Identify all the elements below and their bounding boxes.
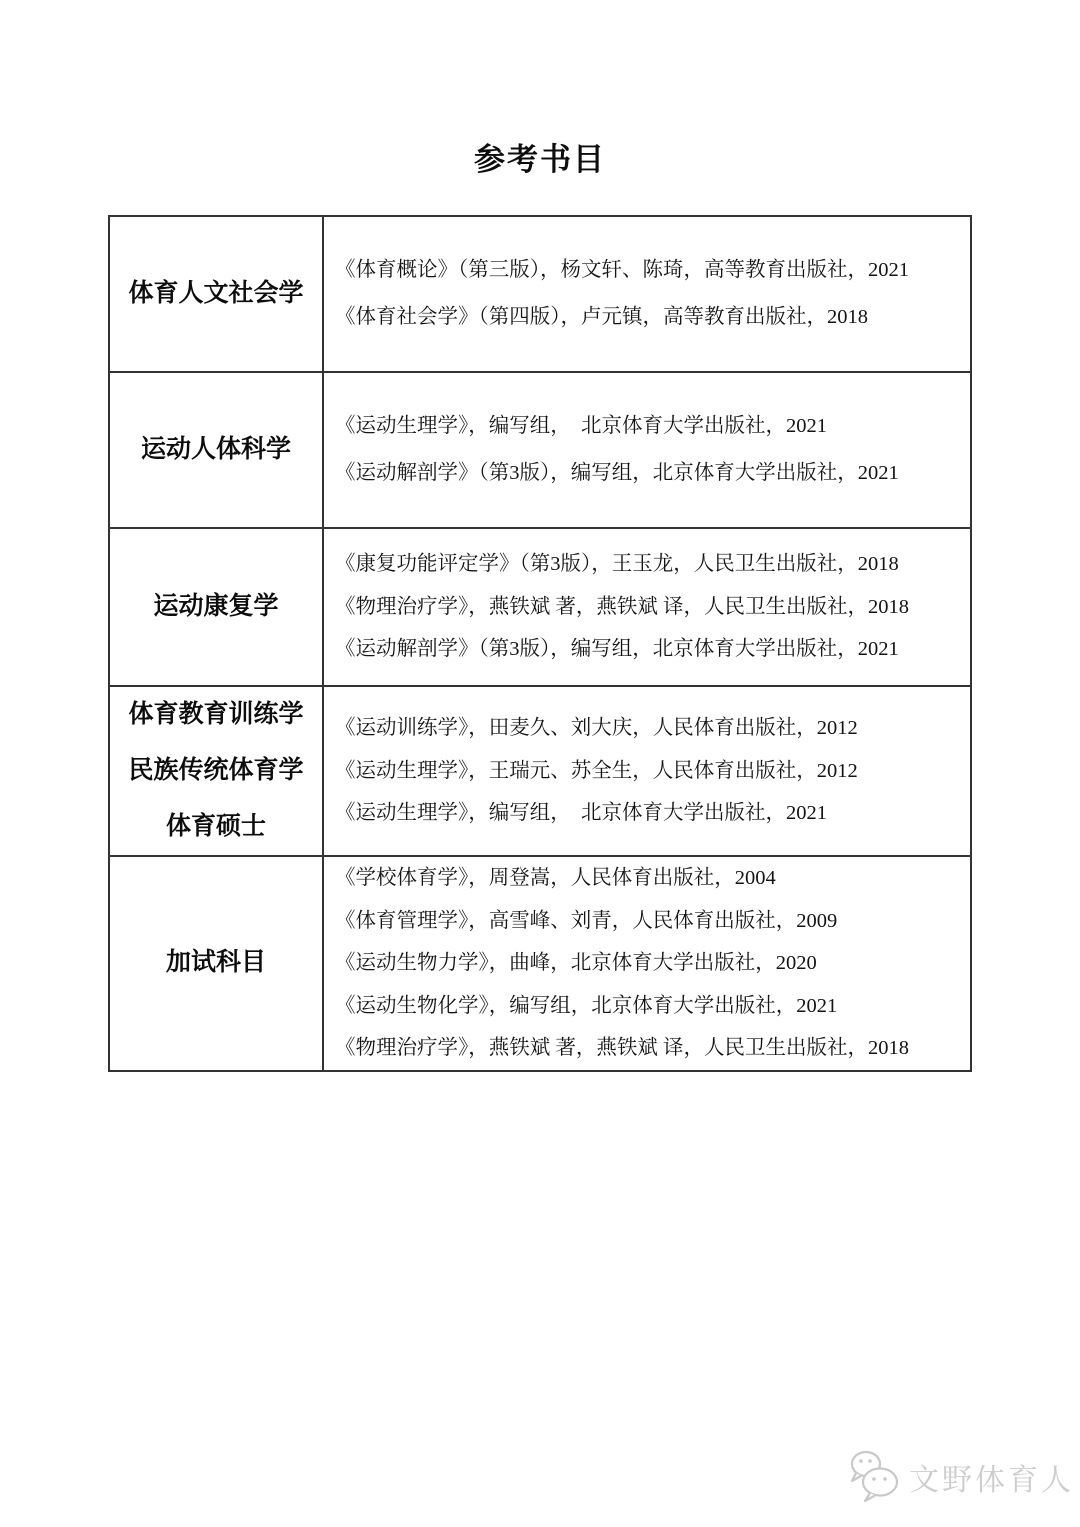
book-entry: 《体育社会学》（第四版），卢元镇，高等教育出版社，2018	[335, 294, 964, 341]
book-entry: 《运动生理学》，编写组， 北京体育大学出版社，2021	[335, 792, 964, 835]
table-row: 运动康复学 《康复功能评定学》（第3版），王玉龙，人民卫生出版社，2018 《物…	[109, 528, 971, 686]
category-label: 体育教育训练学	[110, 687, 322, 743]
book-entry: 《运动生理学》，王瑞元、苏全生，人民体育出版社，2012	[335, 750, 964, 793]
book-entry: 《运动生物化学》，编写组，北京体育大学出版社，2021	[335, 985, 964, 1028]
category-label: 体育人文社会学	[110, 266, 322, 322]
book-entry: 《学校体育学》，周登嵩，人民体育出版社，2004	[335, 857, 964, 900]
table-row: 体育人文社会学 《体育概论》（第三版），杨文轩、陈琦，高等教育出版社，2021 …	[109, 216, 971, 372]
book-entry: 《物理治疗学》，燕铁斌 著，燕铁斌 译，人民卫生出版社，2018	[335, 586, 964, 629]
book-entry: 《运动生理学》，编写组， 北京体育大学出版社，2021	[335, 403, 964, 450]
category-label: 加试科目	[110, 935, 322, 991]
category-label: 运动康复学	[110, 579, 322, 635]
book-entry: 《体育管理学》，高雪峰、刘青，人民体育出版社，2009	[335, 900, 964, 943]
category-cell: 加试科目	[109, 856, 323, 1071]
watermark: 文野体育人	[847, 1449, 1074, 1505]
books-cell: 《体育概论》（第三版），杨文轩、陈琦，高等教育出版社，2021 《体育社会学》（…	[323, 216, 971, 372]
books-cell: 《运动生理学》，编写组， 北京体育大学出版社，2021 《运动解剖学》（第3版）…	[323, 372, 971, 528]
category-label: 体育硕士	[110, 799, 322, 855]
category-label: 民族传统体育学	[110, 743, 322, 799]
book-entry: 《运动解剖学》（第3版），编写组，北京体育大学出版社，2021	[335, 450, 964, 497]
category-cell: 运动人体科学	[109, 372, 323, 528]
books-cell: 《运动训练学》，田麦久、刘大庆，人民体育出版社，2012 《运动生理学》，王瑞元…	[323, 686, 971, 856]
table-row: 加试科目 《学校体育学》，周登嵩，人民体育出版社，2004 《体育管理学》，高雪…	[109, 856, 971, 1071]
category-cell: 体育教育训练学 民族传统体育学 体育硕士	[109, 686, 323, 856]
wechat-icon	[847, 1449, 901, 1505]
category-label: 运动人体科学	[110, 422, 322, 478]
reference-books-table: 体育人文社会学 《体育概论》（第三版），杨文轩、陈琦，高等教育出版社，2021 …	[108, 215, 972, 1072]
table-row: 体育教育训练学 民族传统体育学 体育硕士 《运动训练学》，田麦久、刘大庆，人民体…	[109, 686, 971, 856]
watermark-label: 文野体育人	[909, 1455, 1074, 1499]
book-entry: 《体育概论》（第三版），杨文轩、陈琦，高等教育出版社，2021	[335, 247, 964, 294]
book-entry: 《物理治疗学》，燕铁斌 著，燕铁斌 译，人民卫生出版社，2018	[335, 1027, 964, 1070]
books-cell: 《康复功能评定学》（第3版），王玉龙，人民卫生出版社，2018 《物理治疗学》，…	[323, 528, 971, 686]
page-title: 参考书目	[0, 134, 1080, 179]
table-row: 运动人体科学 《运动生理学》，编写组， 北京体育大学出版社，2021 《运动解剖…	[109, 372, 971, 528]
book-entry: 《运动解剖学》（第3版），编写组，北京体育大学出版社，2021	[335, 628, 964, 671]
book-entry: 《康复功能评定学》（第3版），王玉龙，人民卫生出版社，2018	[335, 543, 964, 586]
book-entry: 《运动生物力学》，曲峰，北京体育大学出版社，2020	[335, 942, 964, 985]
category-cell: 体育人文社会学	[109, 216, 323, 372]
category-cell: 运动康复学	[109, 528, 323, 686]
books-cell: 《学校体育学》，周登嵩，人民体育出版社，2004 《体育管理学》，高雪峰、刘青，…	[323, 856, 971, 1071]
book-entry: 《运动训练学》，田麦久、刘大庆，人民体育出版社，2012	[335, 707, 964, 750]
